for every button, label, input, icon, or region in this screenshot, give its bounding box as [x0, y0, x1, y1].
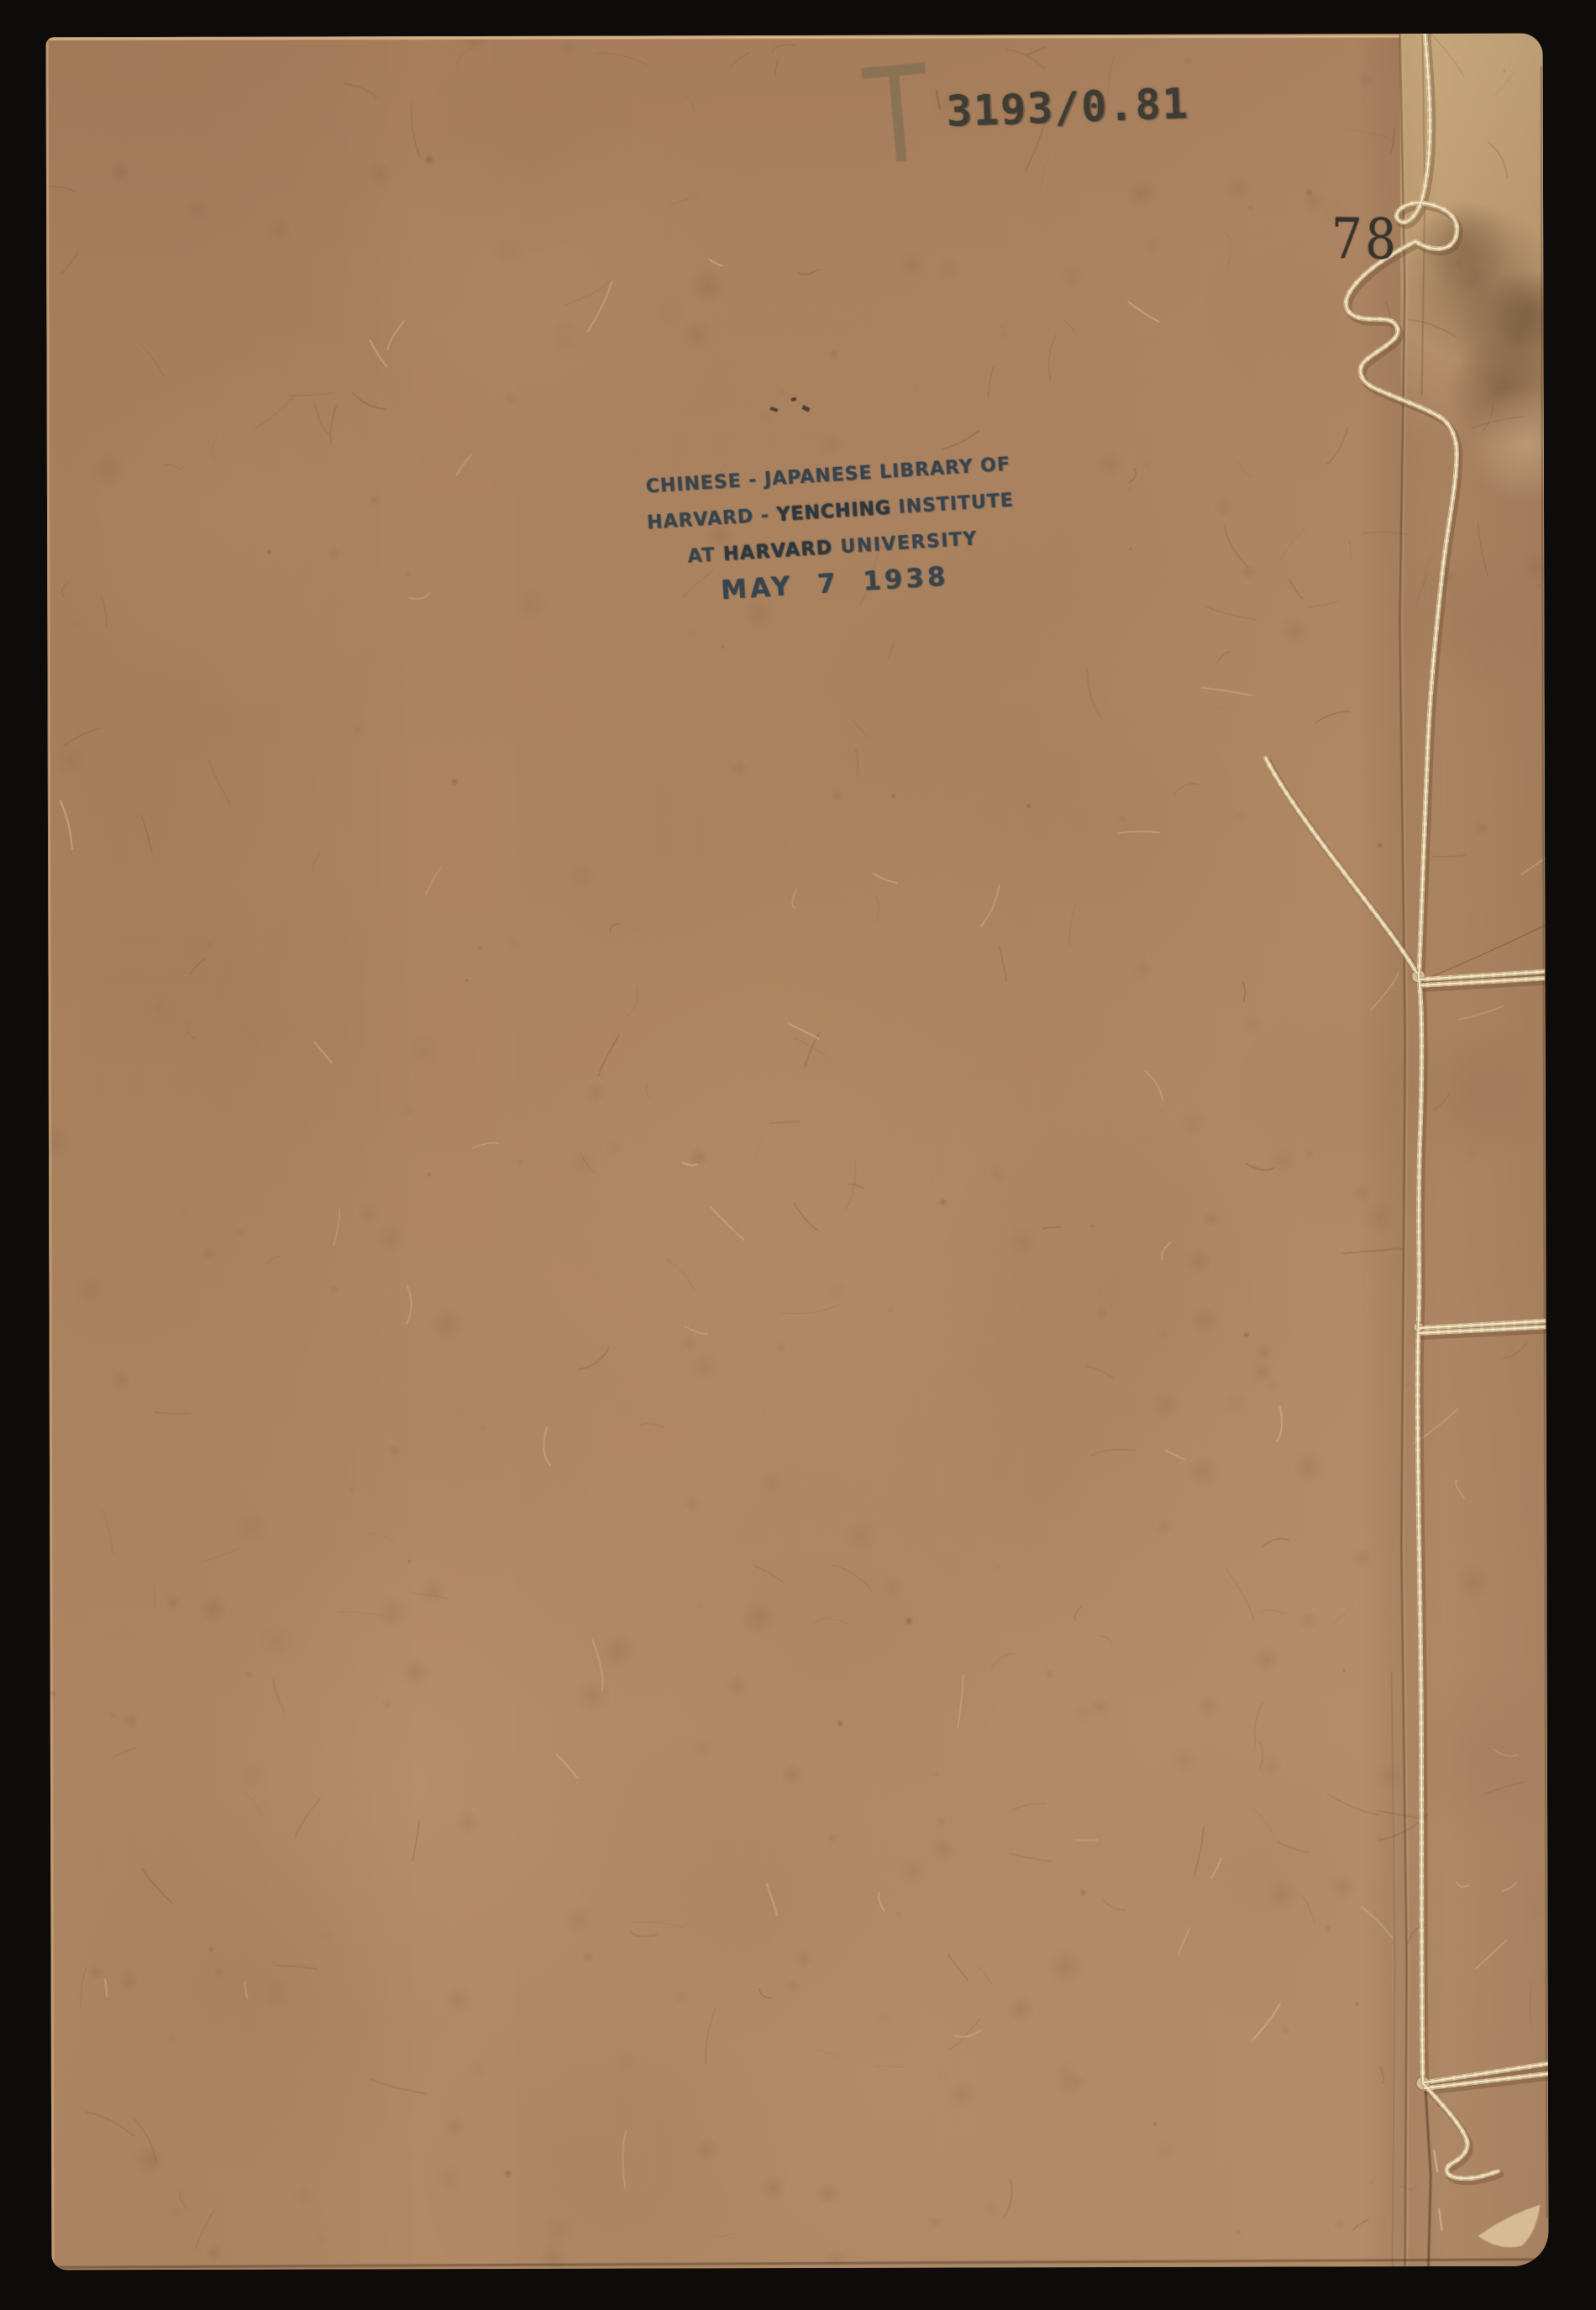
stamp-line-2: HARVARD - YENCHING INSTITUTE — [628, 491, 1032, 534]
library-stamp: CHINESE - JAPANESE LIBRARY OF HARVARD - … — [627, 454, 1037, 609]
paper-texture — [46, 34, 1549, 2271]
stamp-line-2-heavy: YENCHING — [776, 497, 892, 525]
stamp-line-2-suffix: INSTITUTE — [890, 490, 1014, 518]
copy-number-stamp: 78 — [1331, 212, 1399, 268]
stamp-line-2-prefix: HARVARD - — [647, 505, 778, 534]
call-number-stamp: 3193/0.81 — [946, 82, 1189, 133]
stamp-line-3-heavy: HARVARD — [722, 538, 833, 565]
stamp-line-3-suffix: UNIVERSITY — [832, 528, 979, 559]
stamp-line-3-prefix: AT — [687, 544, 724, 568]
pencil-call-letter: T — [860, 48, 935, 186]
book-cover: T 3193/0.81 78 CHINESE - JAPANESE LIBRAR… — [46, 34, 1549, 2271]
scan-background: { "cover": { "pencil_mark": "T", "call_n… — [0, 0, 1596, 2310]
